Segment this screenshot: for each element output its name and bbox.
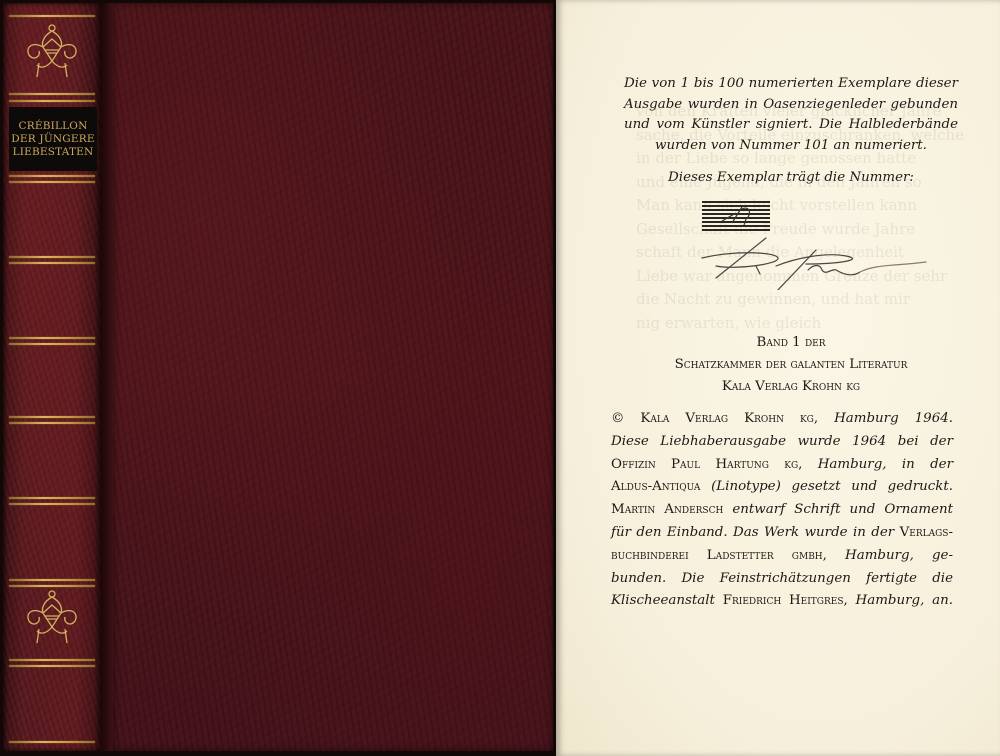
gold-fillet [9,337,95,339]
imprint-line: bunden. Die Feinstrichätzungen fertigte … [611,568,953,591]
gold-fillet [9,100,95,102]
imprint-text: (Linotype) gesetzt und gedruckt. [700,479,953,494]
imprint-name: Martin Andersch [611,502,723,517]
series-info: Band 1 der Schatzkammer der galanten Lit… [624,332,958,398]
imprint-name: Verlags- [900,525,953,540]
imprint-name: Aldus-Antiqua [611,479,700,494]
gold-fillet [9,659,95,661]
gold-fillet [9,256,95,258]
book-photo: Crébillon der Jüngere Liebestaten [0,0,556,756]
gold-fillet [9,181,95,183]
imprint-name: Kala Verlag Krohn kg, [640,411,818,426]
ghost-line: Man kann sich leicht vorstellen kann [636,194,996,218]
gold-fillet [9,585,95,587]
gold-fillet [9,503,95,505]
edition-note: Die von 1 bis 100 numerierten Exemplare … [624,74,958,156]
imprint-name: Friedrich Heitgres, [715,593,848,608]
colophon-page: von den Kräften vieler glücklicher Jahre… [556,0,1000,756]
edition-note-line: wurden von Nummer 101 an numeriert. [624,136,958,157]
series-title: Schatzkammer der galanten Literatur [624,354,958,376]
imprint-text: Diese Liebhaberausgabe wurde 1964 bei de… [611,434,953,449]
publisher-name: Kala Verlag Krohn kg [624,376,958,398]
redacted-copy-number [702,201,770,231]
imprint-text: Hamburg, in der [802,457,953,472]
gold-fillet [9,262,95,264]
book-spine: Crébillon der Jüngere Liebestaten [3,3,101,751]
imprint-line: Offizin Paul Hartung kg, Hamburg, in der [611,454,953,477]
gold-fillet [9,15,95,17]
imprint-line: buchbinderei Ladstetter gmbh, Hamburg, g… [611,545,953,568]
imprint-text: entwarf Schrift und Ornament [723,502,953,517]
gold-fillet [9,93,95,95]
imprint-name: Offizin Paul Hartung kg, [611,457,802,472]
imprint-name: buchbinderei Ladstetter gmbh, [611,548,827,563]
imprint-line: für den Einband. Das Werk wurde in der V… [611,522,953,545]
volume-line: Band 1 der [624,332,958,354]
edition-note-line: Ausgabe wurden in Oasenziegenleder gebun… [624,95,958,116]
spine-title-label: Crébillon der Jüngere Liebestaten [9,107,97,171]
edition-note-line: und vom Künstler signiert. Die Halbleder… [624,115,958,136]
imprint-text: Hamburg 1964. [818,411,953,426]
handwritten-number-icon [702,201,770,231]
gold-fillet [9,741,95,743]
ghost-line: die Nacht zu gewinnen, und hat mir [636,288,996,312]
monogram-ornament-icon [21,589,83,651]
book-front-cover [113,3,553,751]
monogram-ornament-icon [21,23,83,85]
gold-fillet [9,665,95,667]
imprint-line: Aldus-Antiqua (Linotype) gesetzt und ged… [611,476,953,499]
spine-author-suffix: der Jüngere [11,133,94,146]
imprint-text: Hamburg, an. [848,593,953,608]
imprint-line: © Kala Verlag Krohn kg, Hamburg 1964. [611,408,953,431]
imprint-block: © Kala Verlag Krohn kg, Hamburg 1964.Die… [611,408,953,613]
gold-fillet [9,343,95,345]
gold-fillet [9,422,95,424]
imprint-line: Klischeeanstalt Friedrich Heitgres, Hamb… [611,590,953,613]
imprint-text: bunden. Die Feinstrichätzungen fertigte … [611,571,953,586]
gold-fillet [9,416,95,418]
book-joint [101,3,113,751]
imprint-line: Martin Andersch entwarf Schrift und Orna… [611,499,953,522]
edition-note-line: Die von 1 bis 100 numerierten Exemplare … [624,74,958,95]
gold-fillet [9,175,95,177]
imprint-text: für den Einband. Das Werk wurde in der [611,525,900,540]
gold-fillet [9,579,95,581]
gold-fillet [9,497,95,499]
imprint-text: Klischeeanstalt [611,593,715,608]
imprint-line: Diese Liebhaberausgabe wurde 1964 bei de… [611,431,953,454]
spine-title: Liebestaten [13,146,94,159]
copy-number-label: Dieses Exemplar trägt die Nummer: [624,170,958,185]
imprint-name: © [611,411,640,426]
imprint-text: Hamburg, ge- [827,548,953,563]
artist-signature-icon [696,230,956,290]
spine-author: Crébillon [18,120,87,133]
